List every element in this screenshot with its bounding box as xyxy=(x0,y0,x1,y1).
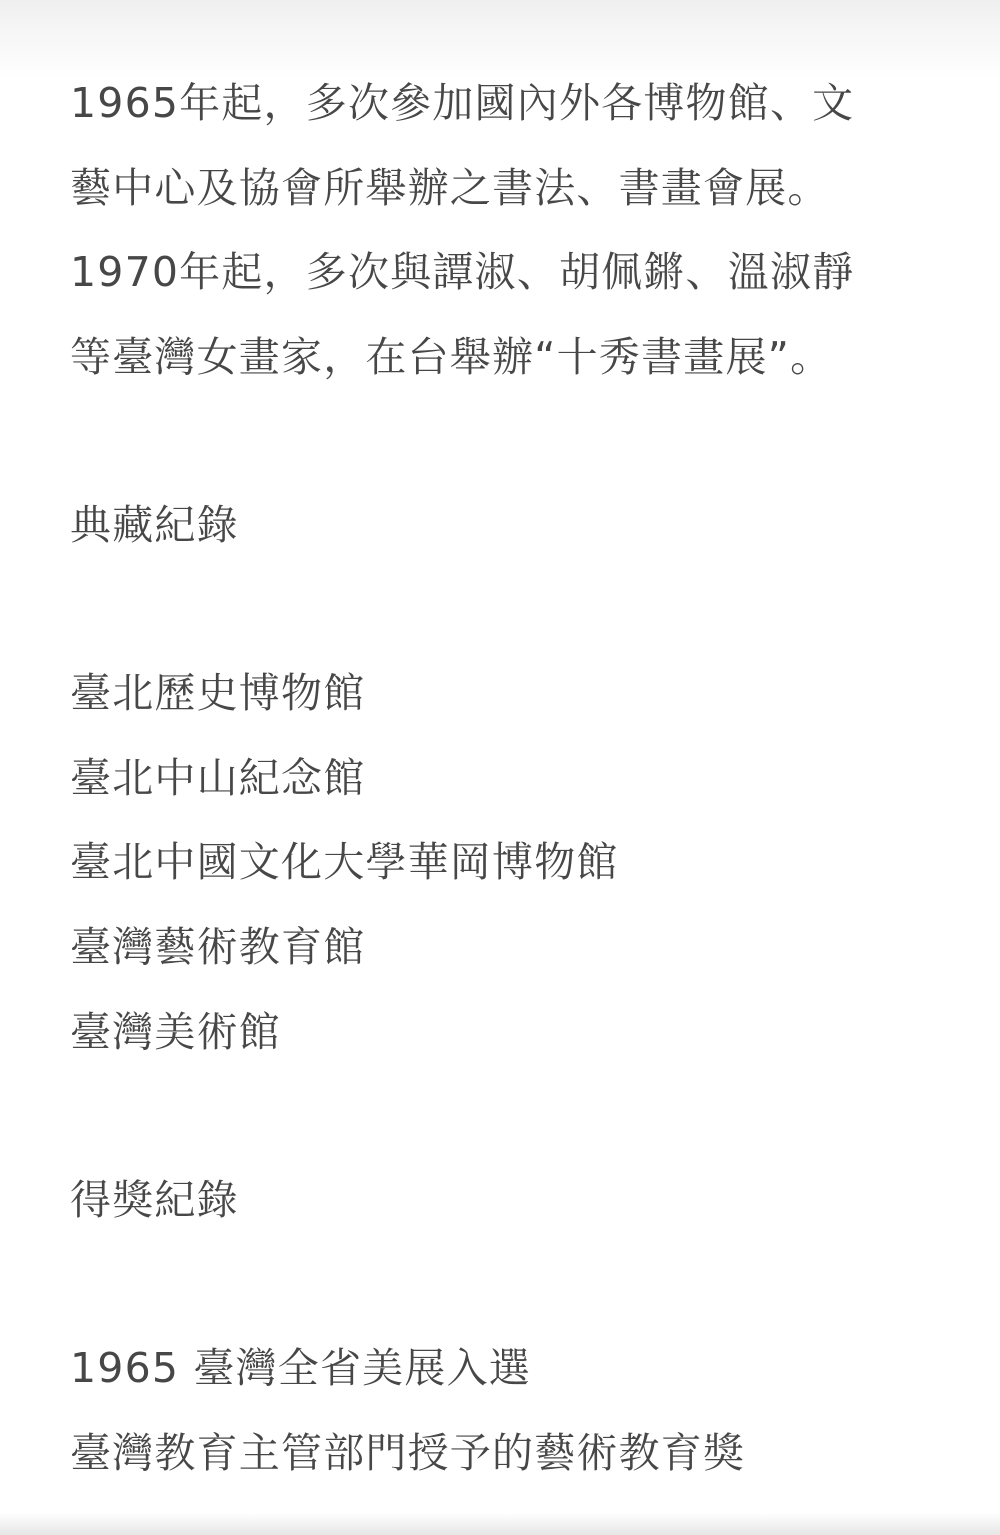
bio-line: 1970年起，多次與譚淑、胡佩鏘、溫淑靜 xyxy=(70,247,854,297)
bio-line: 1965年起，多次參加國內外各博物館、文 xyxy=(70,78,854,128)
award-item: 臺灣教育主管部門授予的藝術教育獎 xyxy=(70,1428,745,1478)
collections-heading: 典藏紀錄 xyxy=(70,500,239,550)
bottom-scroll-fade xyxy=(0,1513,1000,1535)
award-item: 1965 臺灣全省美展入選 xyxy=(70,1343,531,1393)
bio-line: 藝中心及協會所舉辦之書法、書畫會展。 xyxy=(70,163,830,213)
collection-item: 臺北歷史博物館 xyxy=(70,668,365,718)
collection-item: 臺灣藝術教育館 xyxy=(70,922,365,972)
collection-item: 臺北中國文化大學華岡博物館 xyxy=(70,837,619,887)
collection-item: 臺北中山紀念館 xyxy=(70,753,365,803)
bio-line: 等臺灣女畫家，在台舉辦“十秀書畫展”。 xyxy=(70,332,832,382)
awards-heading: 得獎紀錄 xyxy=(70,1175,239,1225)
top-scroll-fade xyxy=(0,0,1000,80)
collection-item: 臺灣美術館 xyxy=(70,1007,281,1057)
